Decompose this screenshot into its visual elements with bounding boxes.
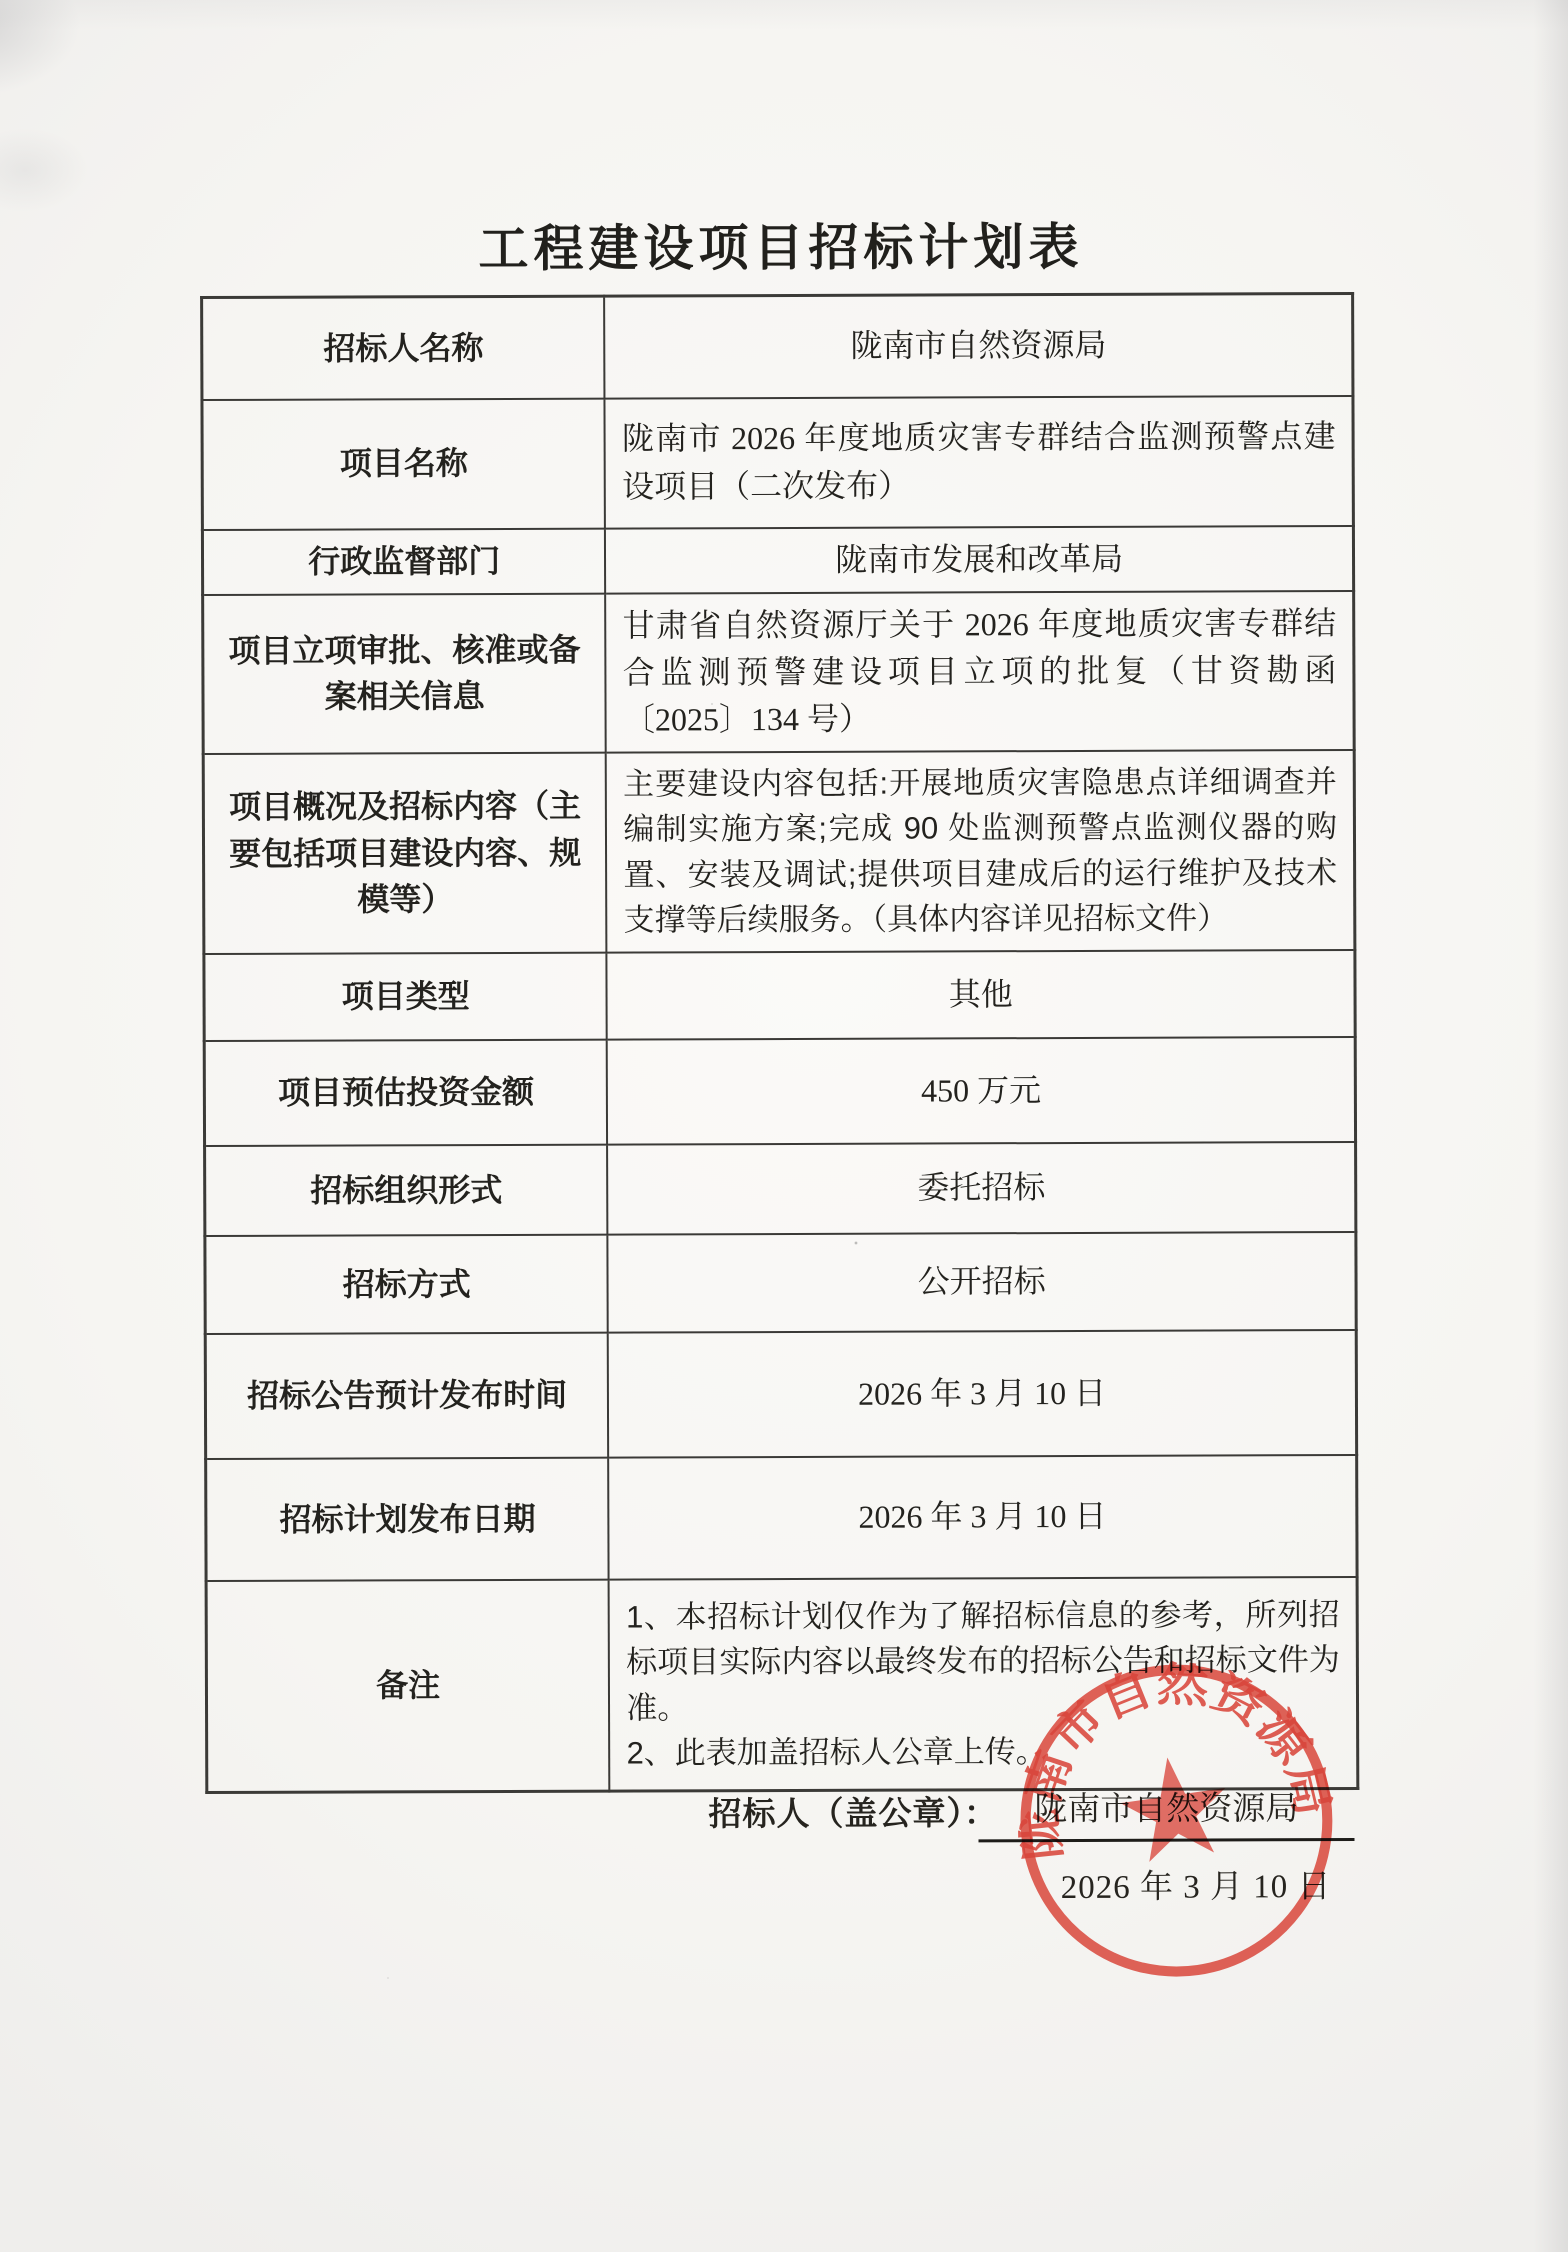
row-label: 行政监督部门 xyxy=(202,528,605,594)
table-row: 项目预估投资金额 450 万元 xyxy=(204,1037,1355,1146)
row-label: 项目名称 xyxy=(202,398,605,529)
row-label: 项目类型 xyxy=(204,952,607,1040)
table-row: 项目类型 其他 xyxy=(204,950,1355,1041)
row-value: 2026 年 3 月 10 日 xyxy=(608,1330,1357,1458)
row-value: 其他 xyxy=(607,950,1355,1040)
official-seal-icon: 陇南市自然资源局 xyxy=(993,1637,1360,2004)
row-value: 公开招标 xyxy=(608,1232,1356,1333)
row-label: 项目预估投资金额 xyxy=(204,1039,607,1145)
tender-plan-table: 招标人名称 陇南市自然资源局 项目名称 陇南市 2026 年度地质灾害专群结合监… xyxy=(200,292,1359,1794)
table-body: 招标人名称 陇南市自然资源局 项目名称 陇南市 2026 年度地质灾害专群结合监… xyxy=(202,294,1358,1793)
row-label: 项目立项审批、核准或备案相关信息 xyxy=(203,593,606,753)
document-sheet: 工程建设项目招标计划表 招标人名称 陇南市自然资源局 项目名称 陇南市 2026… xyxy=(0,0,1568,2252)
row-value: 委托招标 xyxy=(607,1142,1355,1235)
row-value: 陇南市自然资源局 xyxy=(604,294,1353,399)
row-value: 主要建设内容包括:开展地质灾害隐患点详细调查并编制实施方案;完成 90 处监测预… xyxy=(606,750,1355,953)
table-row: 招标计划发布日期 2026 年 3 月 10 日 xyxy=(206,1455,1357,1581)
table-row: 项目立项审批、核准或备案相关信息 甘肃省自然资源厅关于 2026 年度地质灾害专… xyxy=(203,591,1355,754)
row-value: 2026 年 3 月 10 日 xyxy=(608,1455,1357,1580)
document-title: 工程建设项目招标计划表 xyxy=(0,205,1565,282)
table-row: 招标人名称 陇南市自然资源局 xyxy=(202,294,1353,400)
scanned-document: 工程建设项目招标计划表 招标人名称 陇南市自然资源局 项目名称 陇南市 2026… xyxy=(0,0,1568,2252)
table-row: 招标组织形式 委托招标 xyxy=(205,1142,1356,1236)
row-label: 招标人名称 xyxy=(202,296,605,399)
table-row: 招标方式 公开招标 xyxy=(205,1232,1356,1334)
row-value: 陇南市 2026 年度地质灾害专群结合监测预警点建设项目（二次发布） xyxy=(605,396,1354,529)
row-value: 甘肃省自然资源厅关于 2026 年度地质灾害专群结合监测预警建设项目立项的批复（… xyxy=(605,591,1354,753)
table-row: 招标公告预计发布时间 2026 年 3 月 10 日 xyxy=(205,1330,1356,1459)
row-label: 备注 xyxy=(206,1579,610,1792)
table-row: 项目名称 陇南市 2026 年度地质灾害专群结合监测预警点建设项目（二次发布） xyxy=(202,396,1353,530)
row-value: 450 万元 xyxy=(607,1037,1356,1145)
signature-label: 招标人（盖公章）： xyxy=(708,1787,998,1835)
seal-star-icon xyxy=(1115,1750,1234,1865)
row-label: 招标方式 xyxy=(205,1234,608,1333)
row-label: 招标组织形式 xyxy=(205,1144,608,1235)
row-value: 陇南市发展和改革局 xyxy=(605,526,1353,594)
table-row: 行政监督部门 陇南市发展和改革局 xyxy=(202,526,1353,595)
table-row: 项目概况及招标内容（主要包括项目建设内容、规模等） 主要建设内容包括:开展地质灾… xyxy=(203,750,1355,954)
row-label: 招标公告预计发布时间 xyxy=(205,1332,608,1458)
row-label: 招标计划发布日期 xyxy=(206,1457,609,1580)
row-label: 项目概况及招标内容（主要包括项目建设内容、规模等） xyxy=(203,752,607,954)
